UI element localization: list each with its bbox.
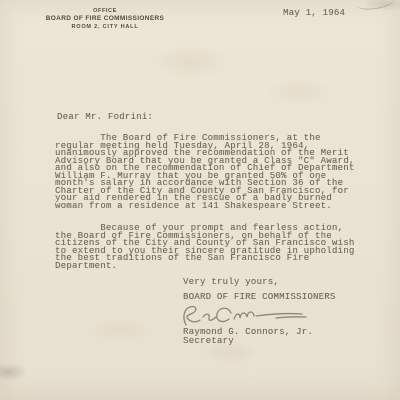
signer-title: Secretary [183,338,234,346]
date-line: May 1, 1964 [283,10,345,18]
scanned-letter: OFFICE BOARD OF FIRE COMMISSIONERS ROOM … [0,0,400,400]
letterhead-board-line: BOARD OF FIRE COMMISSIONERS [30,15,180,23]
salutation: Dear Mr. Fodrini: [57,114,153,122]
body-paragraph-2: Because of your prompt and fearless acti… [55,225,355,270]
letterhead: OFFICE BOARD OF FIRE COMMISSIONERS ROOM … [30,8,180,31]
valediction: Very truly yours, [183,279,279,287]
body-paragraph-1: The Board of Fire Commissioners, at the … [55,135,355,210]
letterhead-office-line: OFFICE [30,8,180,15]
letterhead-room-line: ROOM 2, CITY HALL [30,23,180,31]
